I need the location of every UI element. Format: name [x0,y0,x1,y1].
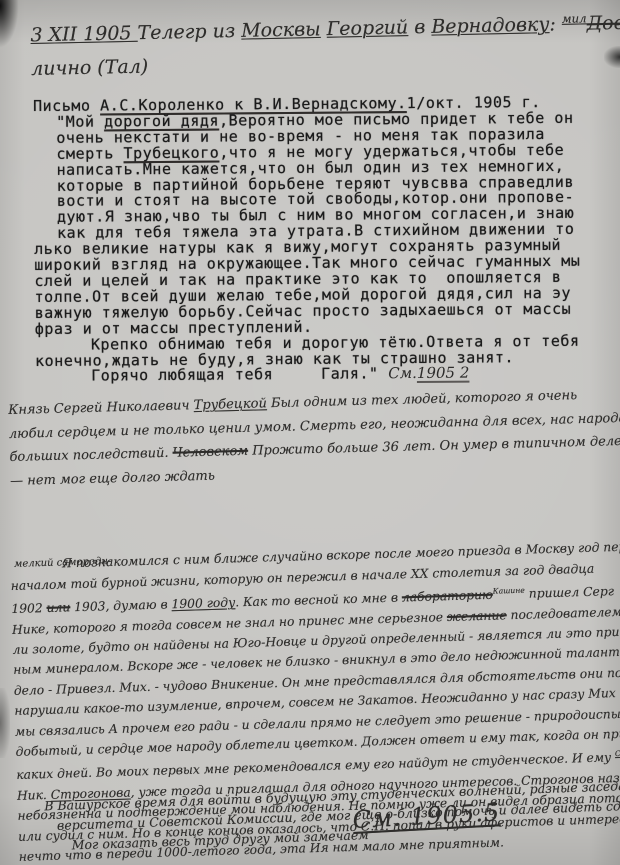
text-segment: последователем и кружка [506,602,620,621]
text-segment: 1903, думаю в [70,597,172,614]
underlined-text: Вернадовку [431,13,550,37]
text-segment: . Как то весной ко мне в [235,590,402,609]
text-segment: лично (Тал) [31,56,149,80]
scan-corner-shadow [0,0,26,58]
underlined-text: Георгий [326,16,408,40]
document-scan: 3 XII 1905 Телегр из Москвы Георгий в Ве… [0,0,620,865]
typewritten-letter: Письмо А.С.Короленко к В.И.Вернадскому.1… [33,94,610,385]
underlined-text: Сообщ и еф. чрез [615,747,620,758]
struck-text: Доезжки [586,11,620,35]
struck-text: или [46,600,70,615]
underlined-text: 1905 2 [417,364,470,382]
scan-edge-smudge [0,688,10,758]
text-segment: 1902 [11,601,47,616]
struck-text: лабораторию [402,588,493,605]
text-segment: Был одним из тех людей, которого я очень [267,388,578,411]
text-segment: больших последствий. [9,446,172,465]
text-segment: — нет мог еще долго ждать [10,468,215,488]
text-segment: пришел Серг [525,584,614,601]
underlined-text: мил [562,11,587,26]
struck-text: желание [447,608,507,624]
text-segment: См. [388,364,417,382]
underlined-text: Москвы [241,18,321,42]
superscript-text: Кашине [493,586,525,596]
handwritten-note-trubetskoy: Князь Сергей Николаевич Трубецкой Был од… [8,383,618,493]
typed-line: Горячо любящая тебя Галя." См.1905 2 [91,365,610,385]
text-segment: в [408,16,432,38]
text-segment: Телегр из [137,20,241,44]
text-segment: : [549,13,562,35]
underlined-text: 1900 году [171,595,235,611]
underlined-text: Трубецкой [193,396,267,413]
text-segment: Горячо любящая тебя Галя." [91,365,388,385]
handwritten-header-annotation: 3 XII 1905 Телегр из Москвы Георгий в Ве… [30,1,616,87]
underlined-text: 3 XII 1905 [30,22,138,46]
text-segment: Князь Сергей Николаевич [8,398,194,418]
struck-text: Человеком [172,444,248,461]
